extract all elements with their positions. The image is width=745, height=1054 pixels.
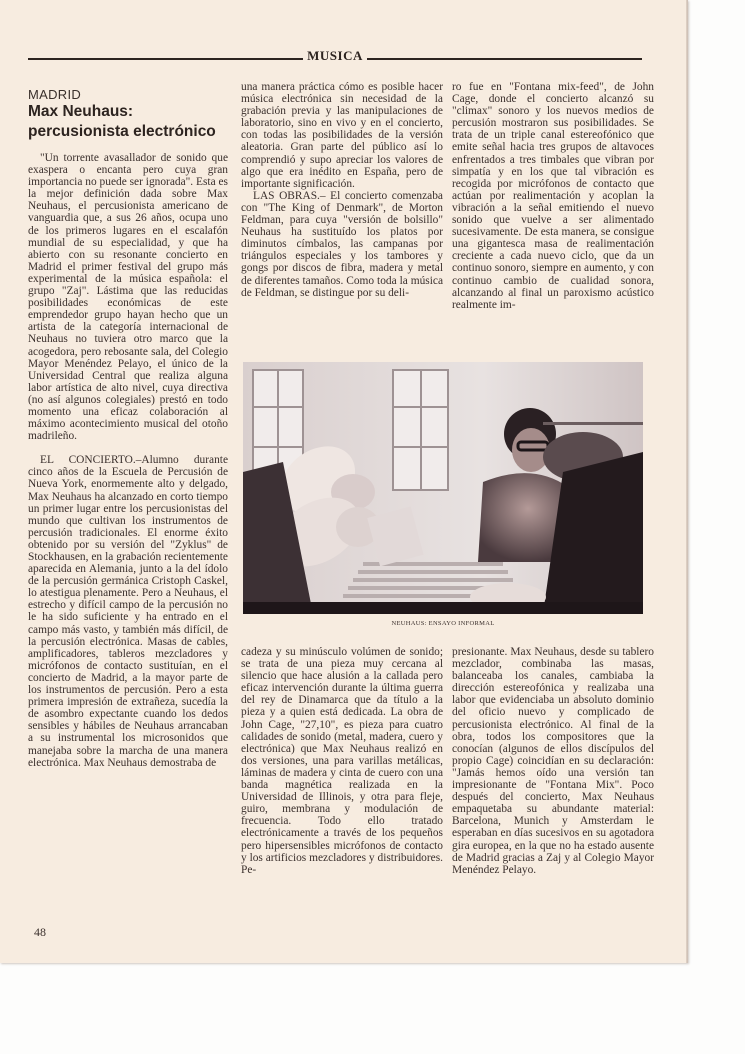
article-column-2-bottom: cadeza y su minúsculo volúmen de sonido;… [241,646,443,876]
header-rule-right [367,58,642,60]
paragraph-continuation: una manera práctica cómo es posible hace… [241,81,443,190]
paragraph-feldman-cage: cadeza y su minúsculo volúmen de sonido;… [241,646,443,876]
photo-neuhaus-rehearsal [243,362,643,614]
photo-caption: NEUHAUS: ENSAYO INFORMAL [243,620,643,627]
article-column-3-bottom: presionante. Max Neuhaus, desde su table… [452,646,654,876]
paragraph-intro: "Un torrente avasallador de sonido que e… [28,152,228,442]
torn-page-edge [686,0,688,963]
article-column-3-top: ro fue en "Fontana mix-feed", de John Ca… [452,81,654,311]
section-header: MUSICA [28,48,642,64]
header-rule-left [28,58,303,60]
paragraph-fontana-mix: ro fue en "Fontana mix-feed", de John Ca… [452,81,654,311]
article-column-1: "Un torrente avasallador de sonido que e… [28,152,228,769]
paragraph-las-obras: LAS OBRAS.– El concierto comenzaba con "… [241,190,443,299]
article-column-2-top: una manera práctica cómo es posible hace… [241,81,443,299]
article-headline: Max Neuhaus: percusionista electrónico [28,102,233,142]
photo-illustration [243,362,643,614]
paragraph-closing: presionante. Max Neuhaus, desde su table… [452,646,654,876]
section-title: MUSICA [303,48,367,64]
page-number: 48 [34,925,46,940]
paragraph-el-concierto: EL CONCIERTO.–Alumno durante cinco años … [28,454,228,768]
article-kicker: MADRID [28,87,81,102]
